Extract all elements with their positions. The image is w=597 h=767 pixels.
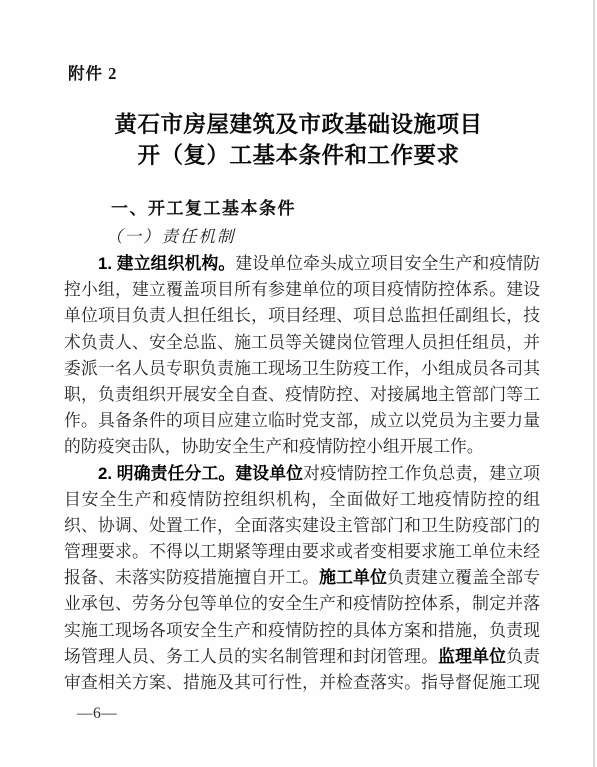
body-text-line: 作。具备条件的项目应建立临时党支部，成立以党员为主要力量 [64,408,540,434]
body-text-line: 单位项目负责人担任组长，项目经理、项目总监担任副组长，技 [64,303,540,329]
text-run: 的防疫突击队，协助安全生产和疫情防控小组开展工作。 [64,437,484,456]
text-run: 委派一名人员专职负责施工现场卫生防疫工作，小组成员各司其 [64,359,540,378]
text-run: 作。具备条件的项目应建立临时党支部，成立以党员为主要力量 [64,411,540,430]
body-text-line: 报备、未落实防疫措施擅自开工。施工单位负责建立覆盖全部专 [64,565,540,591]
text-run: 职，负责组织开展安全自查、疫情防控、对接属地主管部门等工 [64,385,540,404]
body-paragraphs: 1. 建立组织机构。建设单位牵头成立项目安全生产和疫情防控小组，建立覆盖项目所有… [64,251,540,696]
body-text-line: 实施工现场各项安全生产和疫情防控的具体方案和措施，负责现 [64,618,540,644]
bold-run: 1. 建立组织机构。 [98,254,235,273]
text-run: 审查相关方案、措施及其可行性，并检查落实。指导督促施工现 [64,673,540,692]
body-text-line: 场管理人员、务工人员的实名制管理和封闭管理。监理单位负责 [64,644,540,670]
document-page: 附件 2 黄石市房屋建筑及市政基础设施项目 开（复）工基本条件和工作要求 一、开… [0,0,597,767]
body-text-line: 审查相关方案、措施及其可行性，并检查落实。指导督促施工现 [64,670,540,696]
text-run: 织、协调、处置工作，全面落实建设主管部门和卫生防疫部门的 [64,516,540,535]
text-run: 单位项目负责人担任组长，项目经理、项目总监担任副组长，技 [64,306,540,325]
bold-run: 施工单位 [319,568,387,587]
text-run: 场管理人员、务工人员的实名制管理和封闭管理。 [64,647,438,666]
text-run: 控小组，建立覆盖项目所有参建单位的项目疫情防控体系。建设 [64,280,540,299]
body-text-line: 管理要求。不得以工期紧等理由要求或者变相要求施工单位未经 [64,539,540,565]
bold-run: 2. 明确责任分工。建设单位 [98,464,303,483]
body-text-line: 织、协调、处置工作，全面落实建设主管部门和卫生防疫部门的 [64,513,540,539]
body-text-line: 的防疫突击队，协助安全生产和疫情防控小组开展工作。 [64,434,540,460]
attachment-label: 附件 2 [68,60,117,84]
body-text-line: 1. 建立组织机构。建设单位牵头成立项目安全生产和疫情防 [64,251,540,277]
text-run: 实施工现场各项安全生产和疫情防控的具体方案和措施，负责现 [64,621,540,640]
text-run: 建设单位牵头成立项目安全生产和疫情防 [235,254,540,273]
body-text-line: 目安全生产和疫情防控组织机构，全面做好工地疫情防控的组 [64,487,540,513]
body-text-line: 业承包、劳务分包等单位的安全生产和疫情防控体系，制定并落 [64,591,540,617]
document-title-line1: 黄石市房屋建筑及市政基础设施项目 [0,109,597,140]
text-run: 业承包、劳务分包等单位的安全生产和疫情防控体系，制定并落 [64,594,540,613]
section-heading: 一、开工复工基本条件 [111,194,296,219]
body-text-line: 术负责人、安全总监、施工员等关键岗位管理人员担任组员，并 [64,330,540,356]
text-run: 报备、未落实防疫措施擅自开工。 [64,568,319,587]
page-number: —6— [77,705,117,723]
subsection-heading: （一）责任机制 [106,223,236,247]
text-run: 术负责人、安全总监、施工员等关键岗位管理人员担任组员，并 [64,333,540,352]
text-run: 负责建立覆盖全部专 [387,568,540,587]
text-run: 管理要求。不得以工期紧等理由要求或者变相要求施工单位未经 [64,542,540,561]
bold-run: 监理单位 [438,647,506,666]
text-run: 负责 [506,647,540,666]
body-text-line: 委派一名人员专职负责施工现场卫生防疫工作，小组成员各司其 [64,356,540,382]
document-title: 黄石市房屋建筑及市政基础设施项目 开（复）工基本条件和工作要求 [0,109,597,171]
document-title-line2: 开（复）工基本条件和工作要求 [0,140,597,171]
body-text-line: 2. 明确责任分工。建设单位对疫情防控工作负总责，建立项 [64,461,540,487]
text-run: 对疫情防控工作负总责，建立项 [303,464,540,483]
body-text-line: 控小组，建立覆盖项目所有参建单位的项目疫情防控体系。建设 [64,277,540,303]
text-run: 目安全生产和疫情防控组织机构，全面做好工地疫情防控的组 [64,490,540,509]
body-text-line: 职，负责组织开展安全自查、疫情防控、对接属地主管部门等工 [64,382,540,408]
